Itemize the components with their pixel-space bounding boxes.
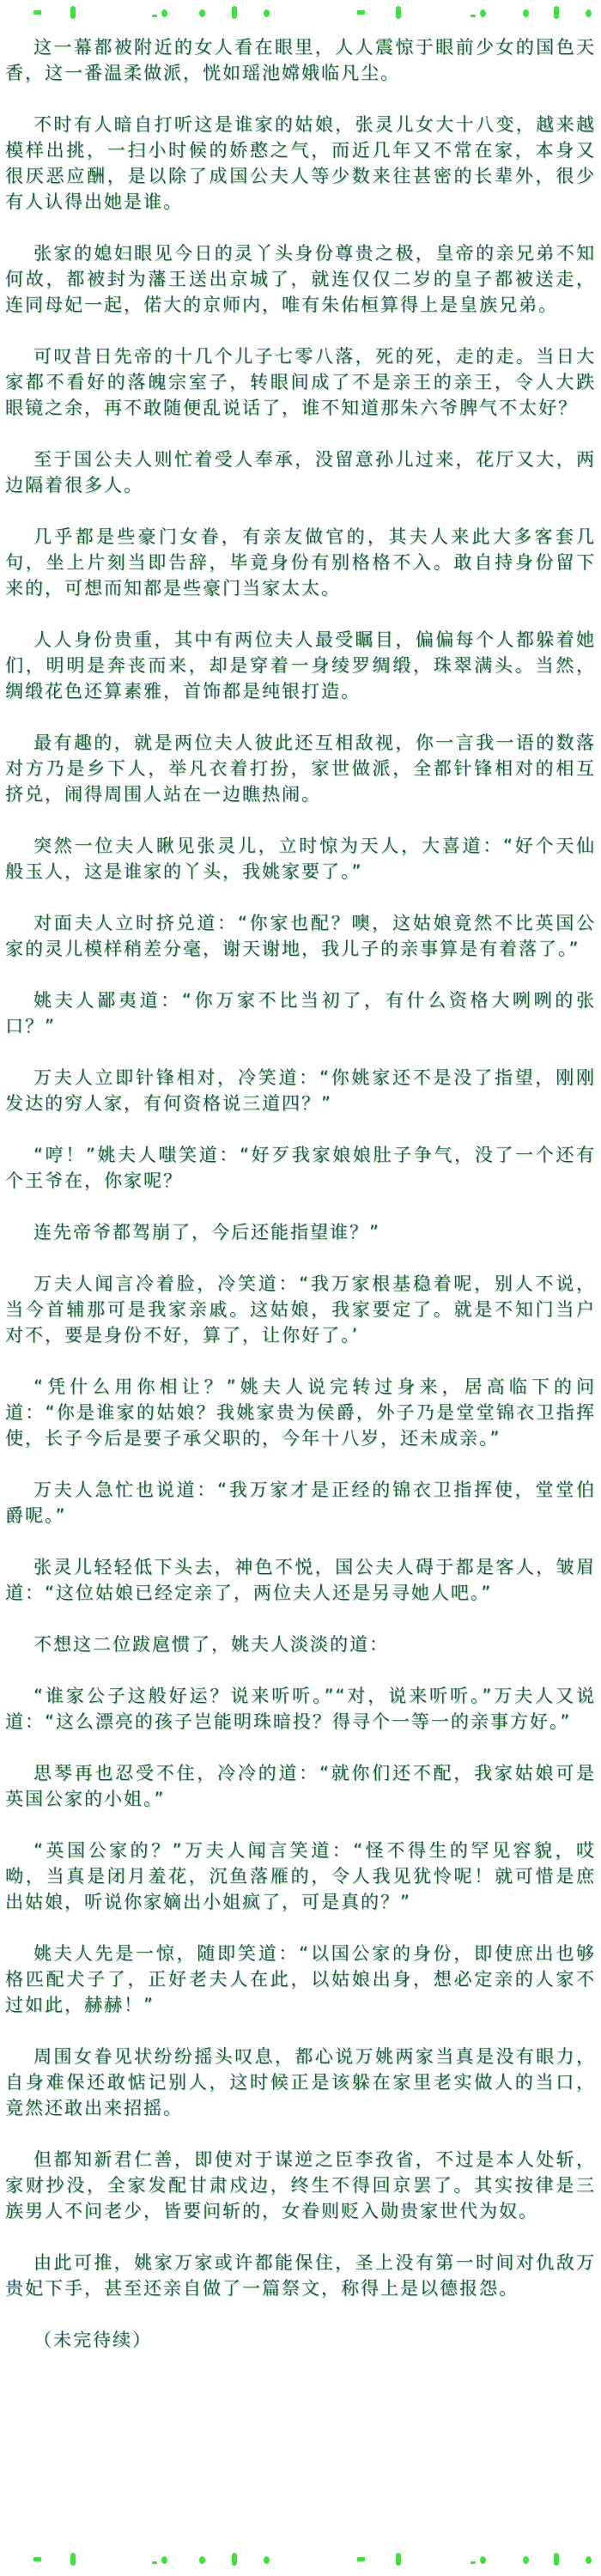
paragraph: 对面夫人立时挤兑道：“你家也配？噢，这姑娘竟然不比英国公家的灵儿模样稍差分毫，谢… xyxy=(5,910,596,962)
paragraph: 姚夫人鄙夷道：“你万家不比当初了，有什么资格大咧咧的张口？” xyxy=(5,987,596,1039)
bottom-decorative-border xyxy=(0,2549,601,2574)
border-dot-mark xyxy=(264,9,270,17)
novel-text-body: 这一幕都被附近的女人看在眼里，人人震惊于眼前少女的国色天香，这一番温柔做派，恍如… xyxy=(0,34,601,2353)
border-dot-mark xyxy=(161,2556,167,2564)
paragraph: 人人身份贵重，其中有两位夫人最受瞩目，偏偏每个人都躲着她们，明明是奔丧而来，却是… xyxy=(5,627,596,704)
paragraph: 万夫人闻言冷着脸，冷笑道：“我万家根基稳着呢，别人不说，当今首辅那可是我家亲戚。… xyxy=(5,1271,596,1348)
paragraph: 不时有人暗自打听这是谁家的姑娘，张灵儿女大十八变，越来越模样出挑，一扫小时候的娇… xyxy=(5,112,596,215)
paragraph: “谁家公子这般好运？说来听听。”“对，说来听听。”万夫人又说道：“这么漂亮的孩子… xyxy=(5,1683,596,1735)
border-square-mark xyxy=(357,10,365,15)
border-dot-mark xyxy=(199,2556,205,2564)
border-bar-mark xyxy=(396,2553,401,2566)
paragraph: 突然一位夫人瞅见张灵儿，立时惊为天人，大喜道：“好个天仙般玉人，这是谁家的丫头，… xyxy=(5,833,596,884)
paragraph: 不想这二位跋扈惯了，姚夫人淡淡的道： xyxy=(5,1631,596,1657)
paragraph: 最有趣的，就是两位夫人彼此还互相敌视，你一言我一语的数落对方乃是乡下人，举凡衣着… xyxy=(5,730,596,807)
paragraph: 万夫人立即针锋相对，冷笑道：“你姚家还不是没了指望，刚刚发达的穷人家，有何资格说… xyxy=(5,1065,596,1116)
border-square-mark xyxy=(33,2557,41,2561)
border-dot-mark xyxy=(586,2556,592,2564)
border-dot-mark xyxy=(199,9,205,17)
border-dash-mark xyxy=(152,15,157,17)
paragraph: 思琴再也忍受不住，冷冷的道：“就你们还不配，我家姑娘可是英国公家的小姐。” xyxy=(5,1760,596,1812)
border-bar-mark xyxy=(70,2553,76,2566)
border-dot-mark xyxy=(586,9,592,17)
border-bar-mark xyxy=(70,6,76,19)
paragraph: 姚夫人先是一惊，随即笑道：“以国公家的身份，即使庶出也够格匹配犬子了，正好老夫人… xyxy=(5,1941,596,2018)
paragraph: 连先帝爷都驾崩了，今后还能指望谁？” xyxy=(5,1219,596,1245)
border-bar-mark xyxy=(396,6,401,19)
novel-reader-page: 这一幕都被附近的女人看在眼里，人人震惊于眼前少女的国色天香，这一番温柔做派，恍如… xyxy=(0,0,601,2576)
paragraph: “哼！”姚夫人嗤笑道：“好歹我家娘娘肚子争气，没了一个还有个王爷在，你家呢？ xyxy=(5,1142,596,1194)
paragraph: 几乎都是些豪门女眷，有亲友做官的，其夫人来此大多客套几句，坐上片刻当即告辞，毕竟… xyxy=(5,524,596,601)
paragraph: “英国公家的？”万夫人闻言笑道：“怪不得生的罕见容貌，哎呦，当真是闭月羞花，沉鱼… xyxy=(5,1838,596,1915)
border-bar-mark xyxy=(554,6,559,19)
border-square-mark xyxy=(33,10,41,15)
paragraph: 周围女眷见状纷纷摇头叹息，都心说万姚两家当真是没有眼力，自身难保还敢惦记别人，这… xyxy=(5,2044,596,2121)
border-dot-mark xyxy=(161,9,167,17)
paragraph: “凭什么用你相让？”姚夫人说完转过身来，居高临下的问道：“你是谁家的姑娘？我姚家… xyxy=(5,1374,596,1451)
paragraph: 张灵儿轻轻低下头去，神色不悦，国公夫人碍于都是客人，皱眉道：“这位姑娘已经定亲了… xyxy=(5,1554,596,1606)
paragraph: 万夫人急忙也说道：“我万家才是正经的锦衣卫指挥使，堂堂伯爵呢。” xyxy=(5,1477,596,1528)
paragraph: 由此可推，姚家万家或许都能保住，圣上没有第一时间对仇敌万贵妃下手，甚至还亲自做了… xyxy=(5,2250,596,2301)
border-bar-mark xyxy=(232,2553,237,2566)
border-dot-mark xyxy=(480,9,486,17)
border-square-mark xyxy=(357,2557,365,2561)
paragraph: 至于国公夫人则忙着受人奉承，没留意孙儿过来，花厅又大，两边隔着很多人。 xyxy=(5,447,596,498)
to-be-continued-note: （未完待续） xyxy=(5,2327,596,2353)
border-dot-mark xyxy=(523,2556,529,2564)
border-bar-mark xyxy=(554,2553,559,2566)
border-bar-mark xyxy=(232,6,237,19)
border-dot-mark xyxy=(480,2556,486,2564)
paragraph: 但都知新君仁善，即使对于谋逆之臣李孜省，不过是本人处斩，家财抄没，全家发配甘肃戍… xyxy=(5,2147,596,2224)
border-dash-mark xyxy=(470,2561,476,2564)
paragraph: 可叹昔日先帝的十几个儿子七零八落，死的死，走的走。当日大家都不看好的落魄宗室子，… xyxy=(5,343,596,421)
border-dot-mark xyxy=(264,2556,270,2564)
top-decorative-border xyxy=(0,2,601,27)
border-dash-mark xyxy=(470,15,476,17)
paragraph: 这一幕都被附近的女人看在眼里，人人震惊于眼前少女的国色天香，这一番温柔做派，恍如… xyxy=(5,34,596,86)
paragraph: 张家的媳妇眼见今日的灵丫头身份尊贵之极，皇帝的亲兄弟不知何故，都被封为藩王送出京… xyxy=(5,240,596,318)
border-dash-mark xyxy=(152,2561,157,2564)
border-dot-mark xyxy=(523,9,529,17)
